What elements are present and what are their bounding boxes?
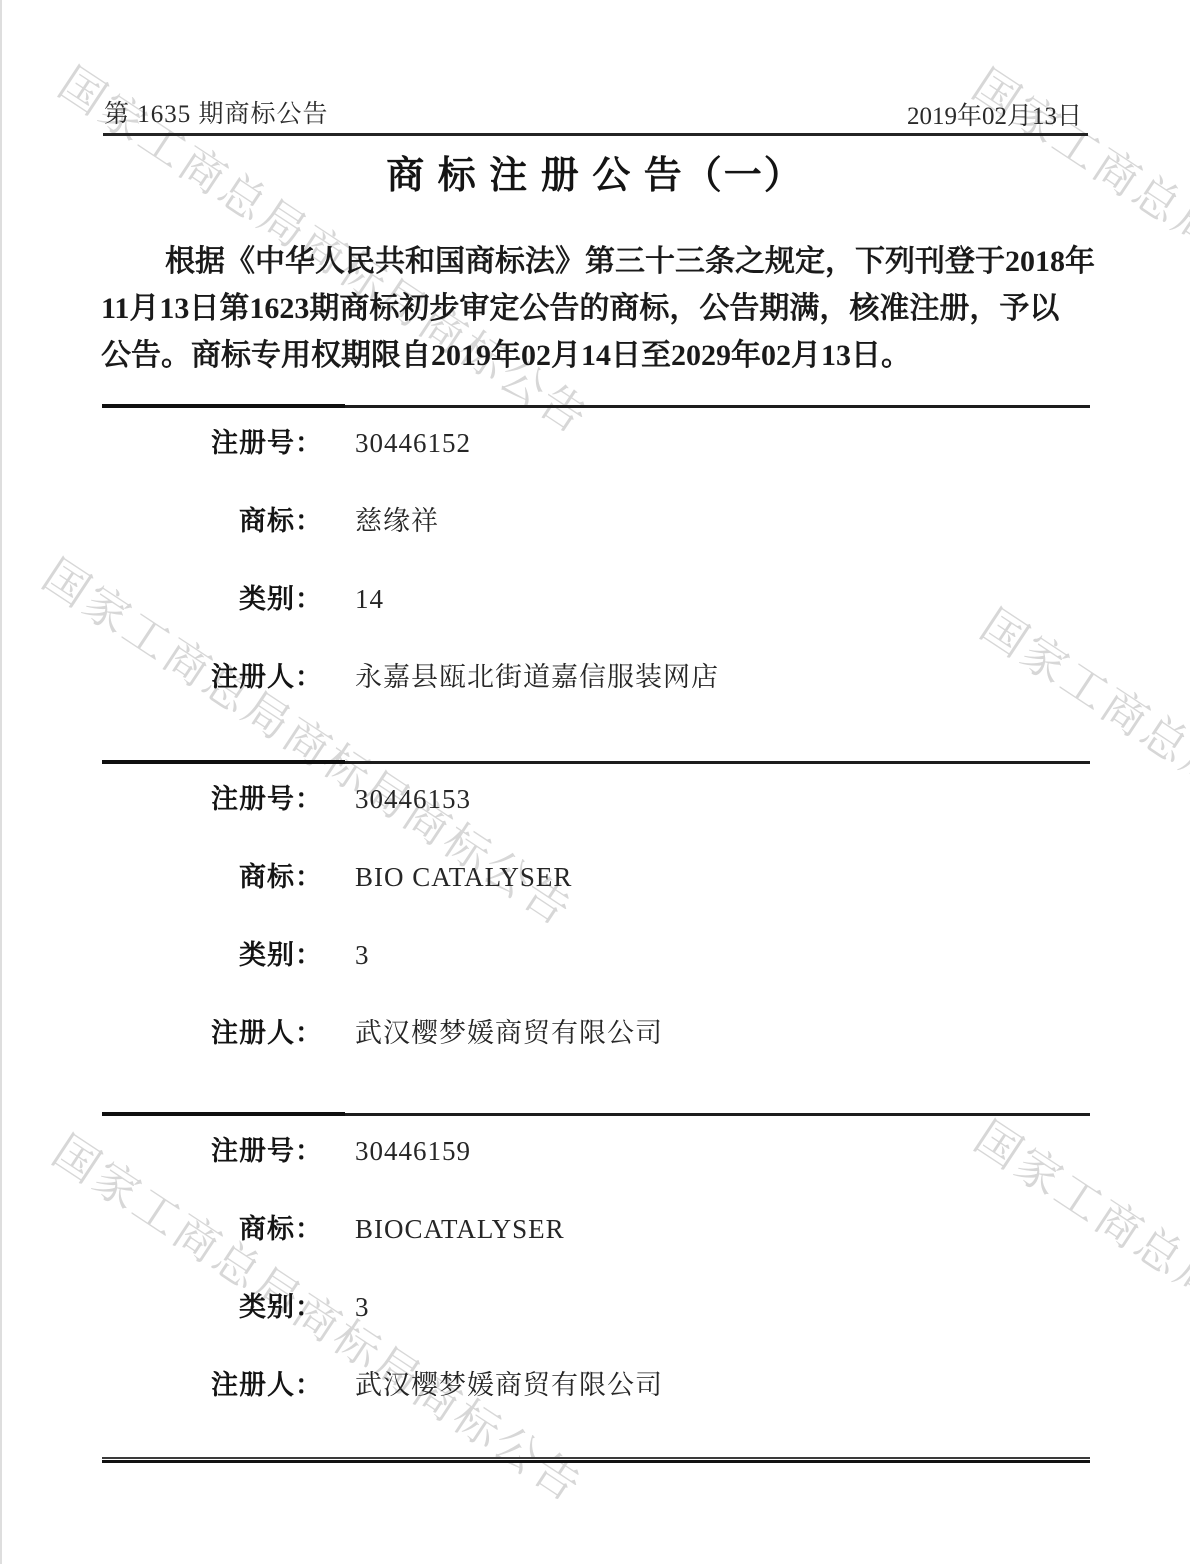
field-row-trademark: 商标： BIO CATALYSER — [0, 860, 1190, 894]
intro-line: 根据《中华人民共和国商标法》第三十三条之规定，下列刊登于2018年 — [101, 238, 1090, 285]
header-rule — [103, 133, 1088, 136]
reg-no-value: 30446159 — [355, 1134, 471, 1168]
page-title: 商 标 注 册 公 告（一） — [0, 144, 1190, 199]
field-label: 商标： — [95, 1212, 323, 1246]
issue-label: 第 1635 期商标公告 — [104, 94, 329, 130]
trademark-value: BIO CATALYSER — [355, 860, 572, 894]
field-label: 注册号： — [95, 782, 323, 816]
field-label: 类别： — [95, 582, 323, 616]
entry-divider — [102, 1113, 1090, 1116]
field-row-category: 类别： 14 — [0, 582, 1190, 616]
field-label: 注册人： — [95, 1016, 323, 1050]
field-row-reg-no: 注册号： 30446153 — [0, 782, 1190, 816]
category-value: 14 — [355, 582, 384, 616]
trademark-entry: 注册号： 30446152 商标： 慈缘祥 类别： 14 注册人： 永嘉县瓯北街… — [0, 405, 1190, 735]
reg-no-value: 30446152 — [355, 426, 471, 460]
field-row-reg-no: 注册号： 30446152 — [0, 426, 1190, 460]
category-value: 3 — [355, 938, 370, 972]
registrant-value: 武汉樱梦媛商贸有限公司 — [355, 1368, 663, 1402]
trademark-value: BIOCATALYSER — [355, 1212, 565, 1246]
intro-line: 11月13日第1623期商标初步审定公告的商标，公告期满，核准注册，予以 — [101, 285, 1090, 332]
field-row-trademark: 商标： 慈缘祥 — [0, 504, 1190, 538]
trademark-entry: 注册号： 30446153 商标： BIO CATALYSER 类别： 3 注册… — [0, 761, 1190, 1091]
field-label: 注册号： — [95, 426, 323, 460]
field-row-registrant: 注册人： 武汉樱梦媛商贸有限公司 — [0, 1368, 1190, 1402]
registrant-value: 武汉樱梦媛商贸有限公司 — [355, 1016, 663, 1050]
category-value: 3 — [355, 1290, 370, 1324]
field-row-reg-no: 注册号： 30446159 — [0, 1134, 1190, 1168]
reg-no-value: 30446153 — [355, 782, 471, 816]
field-label: 注册人： — [95, 660, 323, 694]
publication-date: 2019年02月13日 — [907, 96, 1082, 132]
entry-divider — [102, 761, 1090, 764]
field-label: 商标： — [95, 504, 323, 538]
field-label: 类别： — [95, 938, 323, 972]
field-row-trademark: 商标： BIOCATALYSER — [0, 1212, 1190, 1246]
field-row-registrant: 注册人： 永嘉县瓯北街道嘉信服装网店 — [0, 660, 1190, 694]
entry-divider — [102, 405, 1090, 408]
trademark-value: 慈缘祥 — [355, 504, 439, 538]
field-row-category: 类别： 3 — [0, 1290, 1190, 1324]
field-label: 注册号： — [95, 1134, 323, 1168]
bottom-rule — [102, 1457, 1090, 1463]
registrant-value: 永嘉县瓯北街道嘉信服装网店 — [355, 660, 719, 694]
field-label: 类别： — [95, 1290, 323, 1324]
field-row-registrant: 注册人： 武汉樱梦媛商贸有限公司 — [0, 1016, 1190, 1050]
field-label: 商标： — [95, 860, 323, 894]
intro-paragraph: 根据《中华人民共和国商标法》第三十三条之规定，下列刊登于2018年 11月13日… — [101, 238, 1090, 379]
field-row-category: 类别： 3 — [0, 938, 1190, 972]
field-label: 注册人： — [95, 1368, 323, 1402]
intro-line: 公告。商标专用权期限自2019年02月14日至2029年02月13日。 — [101, 332, 1090, 379]
gazette-page: 国家工商总局商标局商标公告 国家工商总局商标局商标公告 国家工商总局商标局商标公… — [0, 0, 1190, 1564]
trademark-entry: 注册号： 30446159 商标： BIOCATALYSER 类别： 3 注册人… — [0, 1113, 1190, 1443]
